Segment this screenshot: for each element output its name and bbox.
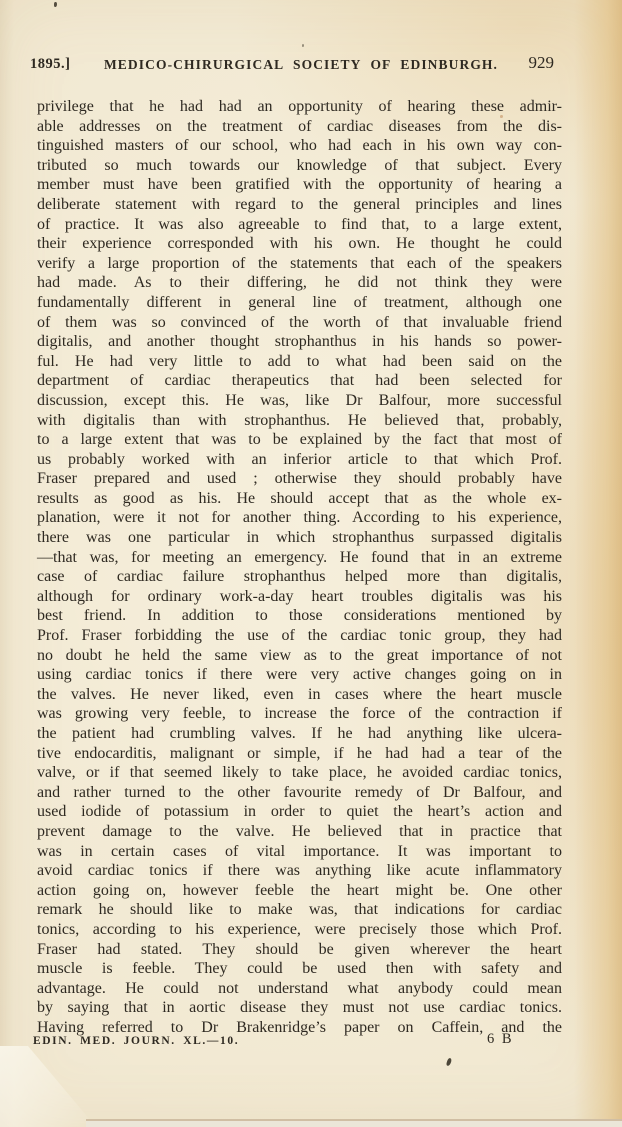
text-line: although for ordinary work-a-day heart t… <box>37 587 562 607</box>
text-line: no doubt he held the same view as to the… <box>37 646 562 666</box>
text-line: tributed so much towards our knowledge o… <box>37 156 562 176</box>
text-line: muscle is feeble. They could be used the… <box>37 959 562 979</box>
text-line: was growing very feeble, to increase the… <box>37 704 562 724</box>
text-line: the valves. He never liked, even in case… <box>37 685 562 705</box>
text-line: tinguished masters of our school, who ha… <box>37 136 562 156</box>
text-line: results as good as his. He should accept… <box>37 489 562 509</box>
text-line: privilege that he had had an opportunity… <box>37 97 562 117</box>
text-line: tonics, according to his experience, wer… <box>37 920 562 940</box>
text-line: —that was, for meeting an emergency. He … <box>37 548 562 568</box>
text-line: department of cardiac therapeutics that … <box>37 371 562 391</box>
text-line: action going on, however feeble the hear… <box>37 881 562 901</box>
text-line: advantage. He could not understand what … <box>37 979 562 999</box>
header-year: 1895.] <box>30 56 70 73</box>
text-line: and rather turned to the other favourite… <box>37 783 562 803</box>
text-line: by saying that in aortic disease they mu… <box>37 998 562 1018</box>
text-line: us probably worked with an inferior arti… <box>37 450 562 470</box>
text-line: valve, or if that seemed likely to take … <box>37 763 562 783</box>
text-line: deliberate statement with regard to the … <box>37 195 562 215</box>
text-line: avoid cardiac tonics if there was anythi… <box>37 861 562 881</box>
text-line: had made. As to their differing, he did … <box>37 273 562 293</box>
bottom-page-edge <box>86 1119 622 1127</box>
footer-journal-ref: EDIN. MED. JOURN. XL.—10. <box>33 1035 239 1047</box>
text-line: there was one particular in which stroph… <box>37 528 562 548</box>
text-line: ful. He had very little to add to what h… <box>37 352 562 372</box>
text-line: to a large extent that was to be explain… <box>37 430 562 450</box>
running-header: 1895.] MEDICO-CHIRURGICAL SOCIETY OF EDI… <box>0 53 622 75</box>
page-footer: EDIN. MED. JOURN. XL.—10. 6 B <box>0 1031 622 1049</box>
text-line: best friend. In addition to those consid… <box>37 606 562 626</box>
header-title: MEDICO-CHIRURGICAL SOCIETY OF EDINBURGH. <box>80 57 522 73</box>
header-page-number: 929 <box>529 53 555 73</box>
text-line: of them was so convinced of the worth of… <box>37 313 562 333</box>
text-line: using cardiac tonics if there were very … <box>37 665 562 685</box>
text-line: Fraser had stated. They should be given … <box>37 940 562 960</box>
text-line: Fraser prepared and used ; otherwise the… <box>37 469 562 489</box>
text-line: able addresses on the treatment of cardi… <box>37 117 562 137</box>
body-text: privilege that he had had an opportunity… <box>37 97 562 1038</box>
text-line: tive endocarditis, malignant or simple, … <box>37 744 562 764</box>
text-line: remark he should like to make was, that … <box>37 900 562 920</box>
text-line: their experience corresponded with his o… <box>37 234 562 254</box>
text-line: prevent damage to the valve. He believed… <box>37 822 562 842</box>
text-line: verify a large proportion of the stateme… <box>37 254 562 274</box>
footer-signature-mark: 6 B <box>487 1031 514 1048</box>
text-line: was in certain cases of vital importance… <box>37 842 562 862</box>
text-line: digitalis, and another thought strophant… <box>37 332 562 352</box>
text-line: the patient had crumbling valves. If he … <box>37 724 562 744</box>
text-line: of practice. It was also agreeable to fi… <box>37 215 562 235</box>
text-line: fundamentally different in general line … <box>37 293 562 313</box>
text-line: discussion, except this. He was, like Dr… <box>37 391 562 411</box>
text-line: member must have been gratified with the… <box>37 175 562 195</box>
page-gutter-shadow <box>574 0 622 1127</box>
text-line: with digitalis than with strophanthus. H… <box>37 411 562 431</box>
text-line: used iodide of potassium in order to qui… <box>37 802 562 822</box>
text-line: planation, were it not for another thing… <box>37 508 562 528</box>
text-line: Prof. Fraser forbidding the use of the c… <box>37 626 562 646</box>
text-line: case of cardiac failure strophanthus hel… <box>37 567 562 587</box>
